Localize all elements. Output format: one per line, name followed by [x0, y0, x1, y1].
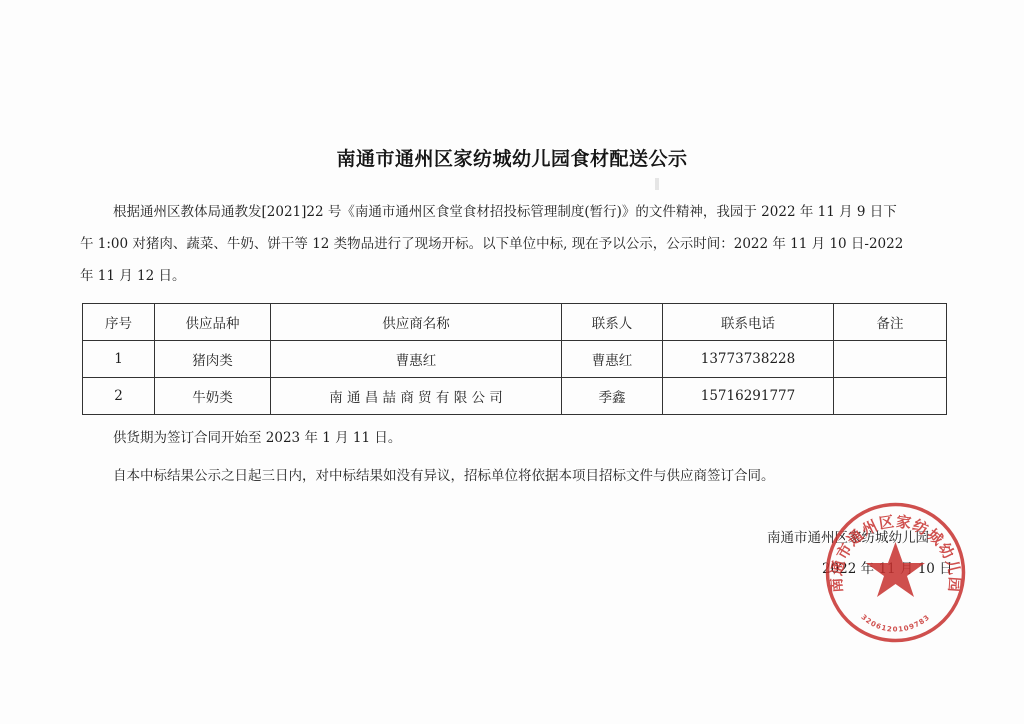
cell-phone: 13773738228 [663, 341, 834, 378]
cell-category: 牛奶类 [155, 378, 271, 415]
document-title: 南通市通州区家纺城幼儿园食材配送公示 [0, 144, 1024, 171]
svg-text:3206120109783: 3206120109783 [859, 613, 931, 634]
cell-supplier: 曹惠红 [271, 341, 562, 378]
cell-remarks [834, 341, 947, 378]
header-remarks: 备注 [834, 304, 947, 341]
header-phone: 联系电话 [663, 304, 834, 341]
table-row: 2 牛奶类 南 通 昌 喆 商 贸 有 限 公 司 季鑫 15716291777 [83, 378, 947, 415]
intro-line-1: 根据通州区教体局通教发[2021]22 号《南通市通州区食堂食材招投标管理制度(… [80, 196, 975, 228]
cell-category: 猪肉类 [155, 341, 271, 378]
header-supplier: 供应商名称 [271, 304, 562, 341]
official-seal-icon: 南通市通州区家纺城幼儿园 3206120109783 [823, 500, 968, 645]
cell-index: 1 [83, 341, 155, 378]
objection-note: 自本中标结果公示之日起三日内，对中标结果如没有异议，招标单位将依据本项目招标文件… [113, 462, 775, 490]
winning-bid-table: 序号 供应品种 供应商名称 联系人 联系电话 备注 1 猪肉类 曹惠红 曹惠红 … [82, 303, 947, 415]
intro-paragraph: 根据通州区教体局通教发[2021]22 号《南通市通州区食堂食材招投标管理制度(… [80, 196, 975, 292]
cell-contact: 季鑫 [562, 378, 663, 415]
scan-speck [655, 178, 659, 190]
header-contact: 联系人 [562, 304, 663, 341]
cell-phone: 15716291777 [663, 378, 834, 415]
cell-contact: 曹惠红 [562, 341, 663, 378]
header-index: 序号 [83, 304, 155, 341]
cell-remarks [834, 378, 947, 415]
table-header-row: 序号 供应品种 供应商名称 联系人 联系电话 备注 [83, 304, 947, 341]
cell-supplier: 南 通 昌 喆 商 贸 有 限 公 司 [271, 378, 562, 415]
cell-index: 2 [83, 378, 155, 415]
supply-period-note: 供货期为签订合同开始至 2023 年 1 月 11 日。 [113, 424, 401, 452]
star-icon [866, 542, 925, 597]
table-row: 1 猪肉类 曹惠红 曹惠红 13773738228 [83, 341, 947, 378]
seal-code: 3206120109783 [859, 613, 931, 634]
intro-line-2: 午 1:00 对猪肉、蔬菜、牛奶、饼干等 12 类物品进行了现场开标。以下单位中… [80, 228, 975, 260]
intro-line-3: 年 11 月 12 日。 [80, 260, 975, 292]
header-category: 供应品种 [155, 304, 271, 341]
